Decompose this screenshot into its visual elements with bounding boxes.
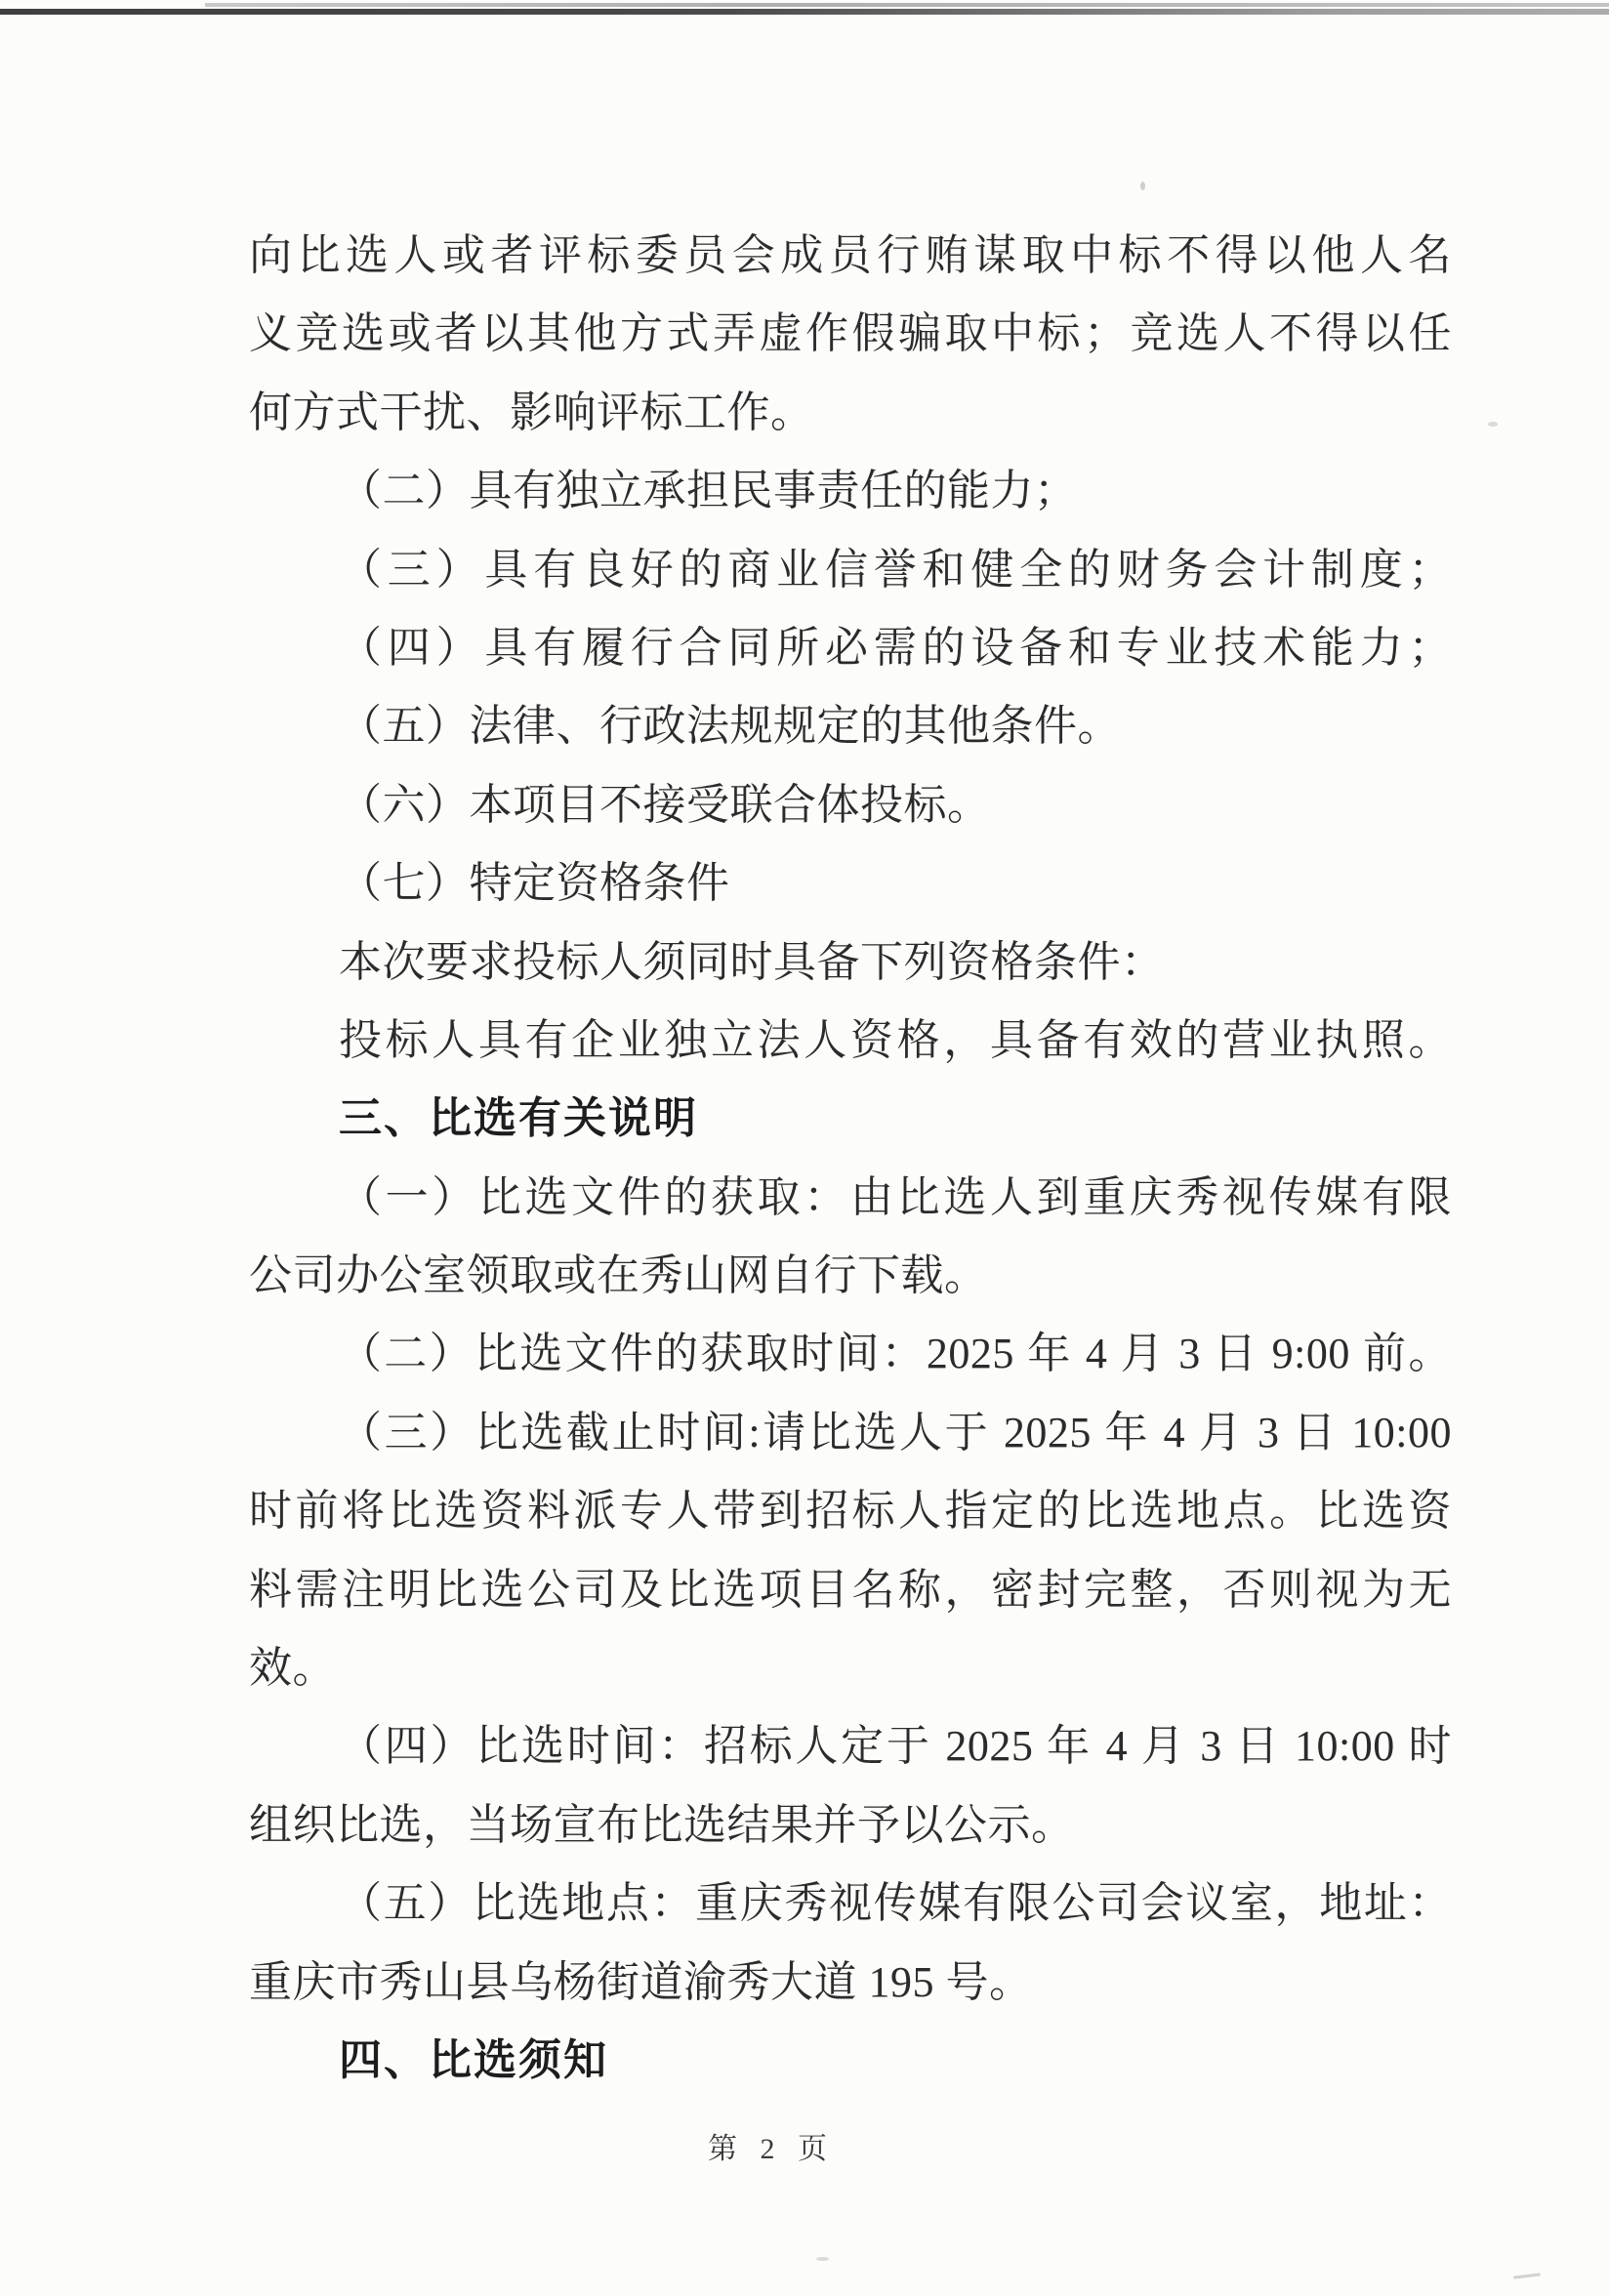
document-body: 向比选人或者评标委员会成员行贿谋取中标不得以他人名义竞选或者以其他方式弄虚作假骗…: [249, 217, 1452, 2100]
text-line: （六）本项目不接受联合体投标。: [249, 766, 1452, 844]
text-line: （四）比选时间：招标人定于 2025 年 4 月 3 日 10:00 时: [249, 1707, 1452, 1785]
section-heading: 三、比选有关说明: [249, 1080, 1452, 1158]
text-line: （七）特定资格条件: [249, 844, 1452, 922]
text-line: 投标人具有企业独立法人资格，具备有效的营业执照。: [249, 1002, 1452, 1080]
text-line: （一）比选文件的获取：由比选人到重庆秀视传媒有限: [249, 1159, 1452, 1237]
text-line: （五）比选地点：重庆秀视传媒有限公司会议室，地址：: [249, 1865, 1452, 1943]
text-line: 向比选人或者评标委员会成员行贿谋取中标不得以他人名: [249, 217, 1452, 295]
text-line: 料需注明比选公司及比选项目名称，密封完整，否则视为无: [249, 1551, 1452, 1629]
scan-speck: [1513, 2273, 1541, 2278]
text-line: 效。: [249, 1629, 1452, 1707]
text-line: 重庆市秀山县乌杨街道渝秀大道 195 号。: [249, 1944, 1452, 2022]
text-line: 本次要求投标人须同时具备下列资格条件：: [249, 923, 1452, 1002]
scan-speck: [1140, 182, 1145, 190]
text-line: （三）具有良好的商业信誉和健全的财务会计制度；: [249, 531, 1452, 609]
text-line: （二）比选文件的获取时间：2025 年 4 月 3 日 9:00 前。: [249, 1315, 1452, 1393]
document-page: 向比选人或者评标委员会成员行贿谋取中标不得以他人名义竞选或者以其他方式弄虚作假骗…: [0, 0, 1609, 2296]
text-line: （四）具有履行合同所必需的设备和专业技术能力；: [249, 609, 1452, 687]
section-heading: 四、比选须知: [249, 2022, 1452, 2100]
text-line: 何方式干扰、影响评标工作。: [249, 374, 1452, 452]
text-line: 义竞选或者以其他方式弄虚作假骗取中标；竞选人不得以任: [249, 295, 1452, 373]
page-footer: 第 2 页: [0, 2124, 1543, 2167]
text-line: 组织比选，当场宣布比选结果并予以公示。: [249, 1786, 1452, 1865]
text-line: 时前将比选资料派专人带到招标人指定的比选地点。比选资: [249, 1472, 1452, 1550]
text-line: （三）比选截止时间:请比选人于 2025 年 4 月 3 日 10:00: [249, 1394, 1452, 1472]
scan-speck: [1488, 422, 1498, 427]
text-line: （五）法律、行政法规规定的其他条件。: [249, 687, 1452, 765]
scan-edge-artifact-dark: [0, 9, 1609, 15]
scan-speck: [816, 2257, 829, 2261]
text-line: （二）具有独立承担民事责任的能力；: [249, 452, 1452, 530]
scan-edge-artifact-light: [205, 3, 1609, 7]
text-line: 公司办公室领取或在秀山网自行下载。: [249, 1237, 1452, 1315]
